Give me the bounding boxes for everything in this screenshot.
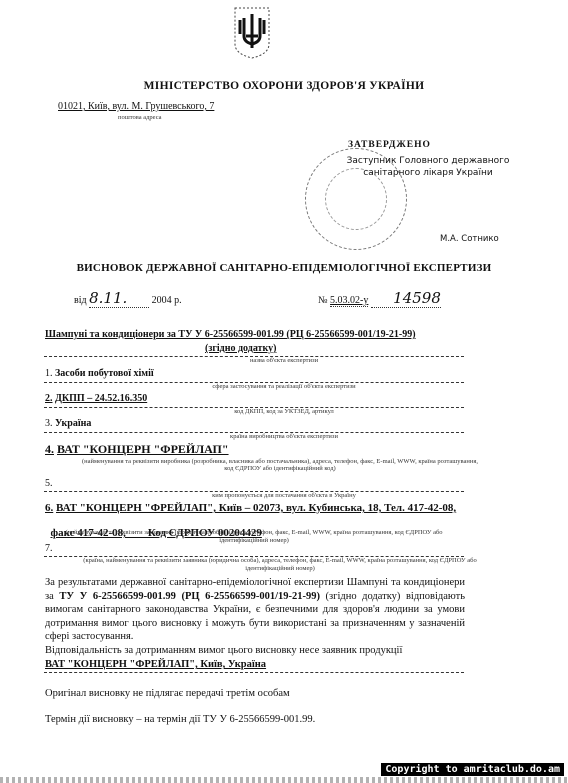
divider	[44, 672, 464, 673]
document-title: ВИСНОВОК ДЕРЖАВНОЇ САНІТАРНО-ЕПІДЕМІОЛОГ…	[0, 262, 568, 274]
field-object-name-cont: (згідно додатку)	[205, 343, 276, 354]
field-caption: назва об'єкта експертизи	[0, 357, 568, 364]
ministry-name: МІНІСТЕРСТВО ОХОРОНИ ЗДОРОВ'Я УКРАЇНИ	[0, 80, 568, 92]
responsible-party: ВАТ "КОНЦЕРН "ФРЕЙЛАП", Київ, Україна	[45, 658, 465, 672]
field-caption: сфера застосування та реалізації об'єкта…	[0, 383, 568, 390]
scan-noise-edge	[0, 777, 568, 783]
ministry-address: 01021, Київ, вул. М. Грушевського, 7	[58, 101, 214, 112]
field-manufacturer: 4. ВАТ "КОНЦЕРН "ФРЕЙЛАП"	[45, 442, 515, 457]
field-caption: (країна, найменування та реквізити заявн…	[80, 557, 480, 573]
field-customer: 6. ВАТ "КОНЦЕРН "ФРЕЙЛАП", Київ – 02073,…	[45, 502, 515, 514]
approver-position-line1: Заступник Головного державного	[313, 155, 543, 167]
conclusion-paragraph: За результатами державної санітарно-епід…	[45, 576, 465, 644]
field-caption: країна виробництва об'єкта експертизи	[0, 433, 568, 440]
address-caption: поштова адреса	[118, 114, 162, 121]
approver-position: Заступник Головного державного санітарно…	[313, 155, 543, 179]
approver-position-line2: санітарного лікаря України	[313, 167, 543, 179]
original-note: Оригінал висновку не підлягає передачі т…	[45, 687, 465, 701]
conclusion-spec: ТУ У 6-25566599-001.99 (РЦ 6-25566599-00…	[59, 591, 320, 602]
date-year: 2004 р.	[152, 295, 182, 306]
field-code: 2. ДКПП – 24.52.16.350	[45, 393, 515, 404]
coat-of-arms-icon	[232, 4, 272, 60]
number-handwritten: 14598	[371, 289, 441, 308]
field-supplier: 5.	[45, 478, 515, 489]
date-handwritten: 8.11.	[89, 289, 149, 308]
approved-label: ЗАТВЕРДЖЕНО	[348, 140, 431, 150]
field-object-name: Шампуні та кондиціонери за ТУ У 6-255665…	[45, 329, 515, 340]
document-date: від 8.11. 2004 р.	[74, 289, 182, 308]
signer-name: М.А. Сотнико	[440, 234, 499, 244]
field-caption: (найменування та реквізити виробника (ро…	[80, 458, 480, 472]
copyright-watermark: Copyright to amritaclub.do.am	[381, 763, 564, 776]
responsibility-note: Відповідальність за дотриманням вимог ць…	[45, 644, 465, 658]
number-prefix: №	[318, 295, 328, 306]
field-caption: ким пропонується для постачання об'єкта …	[0, 492, 568, 499]
field-scope: 1. Засоби побутової хімії	[45, 368, 515, 379]
field-applicant: 7.	[45, 543, 515, 554]
field-country: 3. Україна	[45, 418, 515, 429]
number-printed: 5.03.02-у	[330, 295, 368, 307]
date-prefix: від	[74, 295, 87, 306]
document-number: № 5.03.02-у 14598	[318, 289, 441, 308]
validity-note: Термін дії висновку – на термін дії ТУ У…	[45, 713, 465, 727]
field-caption: код ДКПП, код за УКТЗЕД, артикул	[0, 408, 568, 415]
